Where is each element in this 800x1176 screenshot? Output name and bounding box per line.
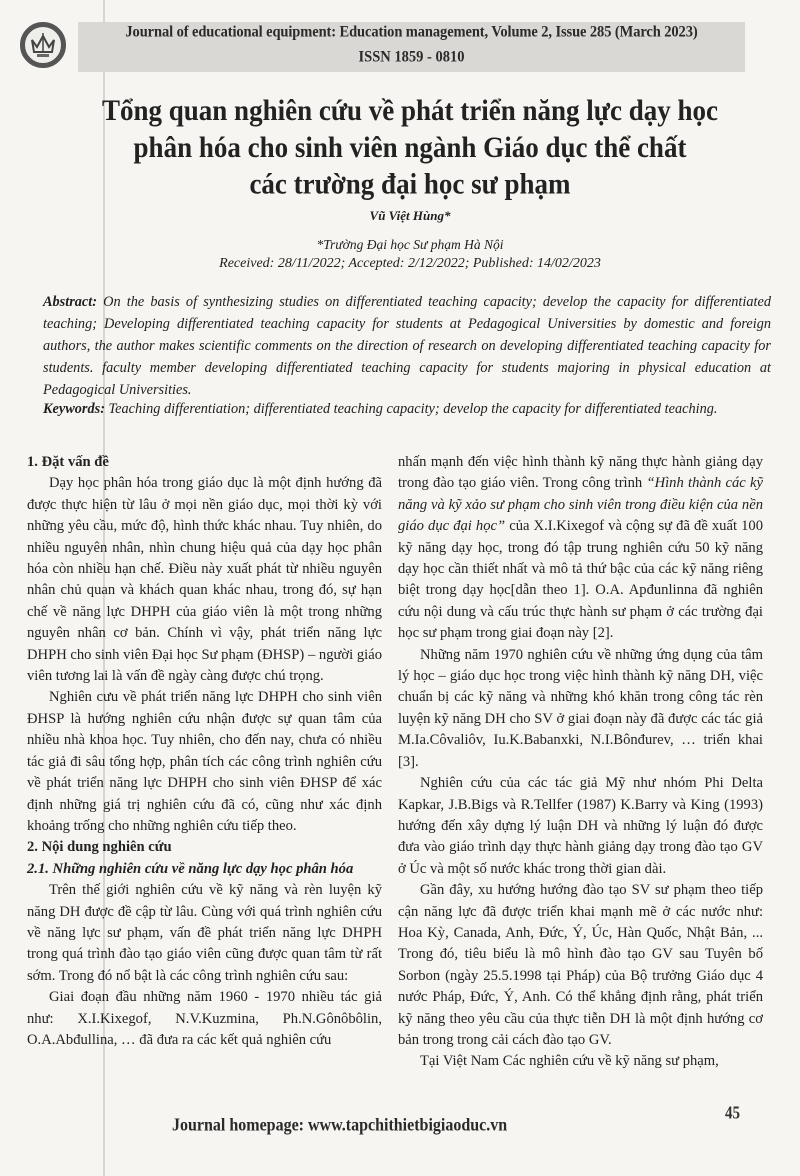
- title-line-1: Tổng quan nghiên cứu về phát triển năng …: [102, 94, 718, 126]
- text-run: của X.I.Kixegof và cộng sự đã đề xuất 10…: [398, 518, 763, 641]
- crown-book-icon: [28, 30, 58, 60]
- paragraph: Tại Việt Nam Các nghiên cứu về kỹ năng s…: [398, 1051, 763, 1072]
- title-line-2: phân hóa cho sinh viên ngành Giáo dục th…: [134, 131, 687, 163]
- paragraph: Nghiên cưu về phát triển năng lực DHPH c…: [27, 687, 382, 837]
- journal-homepage: Journal homepage: www.tapchithietbigiaod…: [172, 1116, 507, 1136]
- right-column: nhấn mạnh đến việc hình thành kỹ năng th…: [398, 452, 763, 1073]
- paragraph: Dạy học phân hóa trong giáo dục là một đ…: [27, 473, 382, 687]
- left-column: 1. Đặt vấn đề Dạy học phân hóa trong giá…: [27, 452, 382, 1051]
- paragraph: Giai đoạn đầu những năm 1960 - 1970 nhiề…: [27, 987, 382, 1051]
- paragraph: Gần đây, xu hướng hướng đào tạo SV sư ph…: [398, 880, 763, 1051]
- author-name: Vũ Việt Hùng*: [40, 208, 780, 224]
- paragraph: Nghiên cứu của các tác giả Mỹ như nhóm P…: [398, 773, 763, 880]
- journal-citation: Journal of educational equipment: Educat…: [78, 23, 745, 42]
- abstract: Abstract: On the basis of synthesizing s…: [43, 291, 771, 401]
- paragraph: nhấn mạnh đến việc hình thành kỹ năng th…: [398, 452, 763, 645]
- abstract-label: Abstract:: [43, 294, 97, 310]
- abstract-text: On the basis of synthesizing studies on …: [43, 294, 771, 398]
- page-number: 45: [725, 1104, 740, 1124]
- section-heading-2: 2. Nội dung nghiên cứu: [27, 837, 382, 858]
- keywords-text: Teaching differentiation; differentiated…: [105, 401, 718, 417]
- paragraph: Trên thế giới nghiên cứu về kỹ năng và r…: [27, 880, 382, 987]
- subsection-heading-2-1: 2.1. Những nghiên cứu về năng lực dạy họ…: [27, 859, 382, 880]
- journal-logo: [20, 22, 66, 68]
- issn: ISSN 1859 - 0810: [78, 48, 745, 67]
- publication-dates: Received: 28/11/2022; Accepted: 2/12/202…: [40, 256, 780, 272]
- title-line-3: các trường đại học sư phạm: [249, 168, 570, 200]
- article-title: Tổng quan nghiên cứu về phát triển năng …: [40, 92, 780, 202]
- paragraph: Những năm 1970 nghiên cứu về những ứng d…: [398, 645, 763, 773]
- author-affiliation: *Trường Đại học Sư phạm Hà Nội: [40, 237, 780, 253]
- keywords: Keywords: Teaching differentiation; diff…: [43, 398, 771, 420]
- keywords-label: Keywords:: [43, 401, 105, 417]
- section-heading-1: 1. Đặt vấn đề: [27, 452, 382, 473]
